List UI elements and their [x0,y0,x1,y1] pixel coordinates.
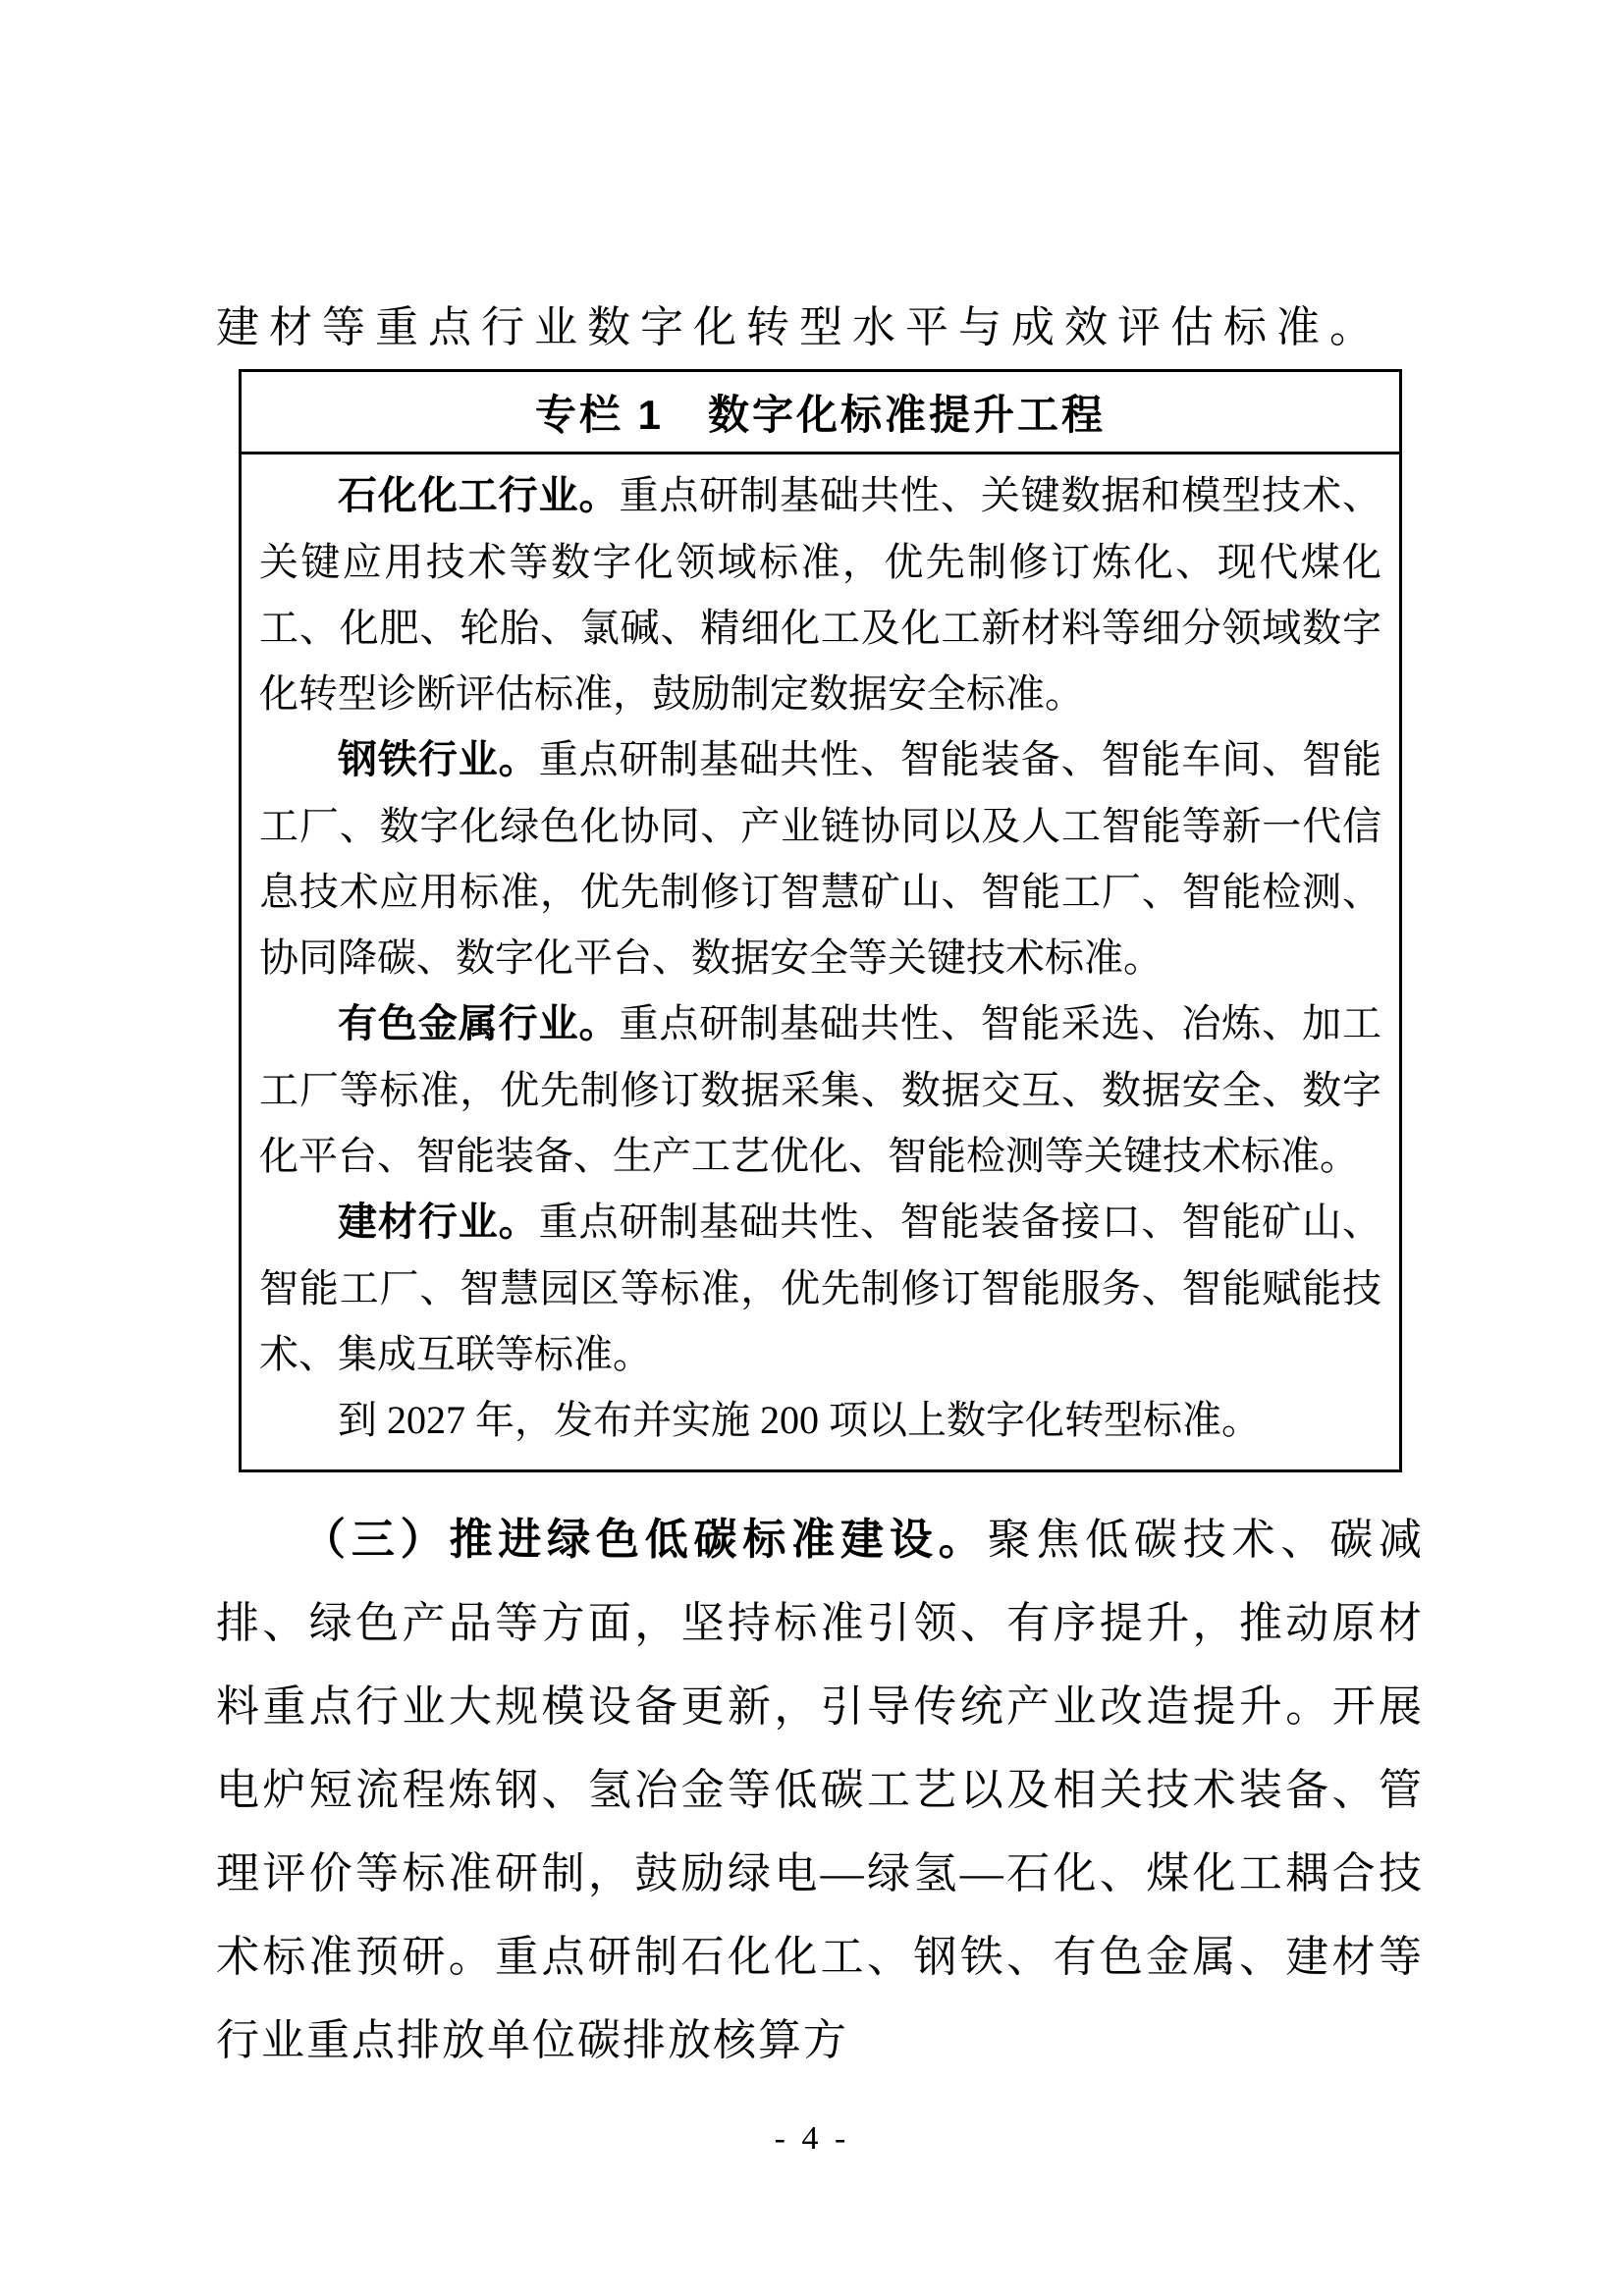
box-paragraph-petrochemical: 石化化工行业。重点研制基础共性、关键数据和模型技术、关键应用技术等数字化领域标准… [259,462,1381,726]
box-paragraph-goal-2027-text: 到 2027 年，发布并实施 200 项以上数字化转型标准。 [338,1398,1261,1442]
box-paragraph-steel-lead: 钢铁行业。 [338,738,539,781]
document-page: 建材等重点行业数字化转型水平与成效评估标准。 专栏 1 数字化标准提升工程 石化… [0,0,1624,2296]
section-heading-green-low-carbon: （三）推进绿色低碳标准建设。 [302,1516,987,1564]
box-paragraph-nonferrous: 有色金属行业。重点研制基础共性、智能采选、冶炼、加工工厂等标准，优先制修订数据采… [259,990,1381,1189]
box-paragraph-building-materials-lead: 建材行业。 [338,1201,539,1244]
feature-box-body: 石化化工行业。重点研制基础共性、关键数据和模型技术、关键应用技术等数字化领域标准… [242,454,1399,1469]
feature-box-title: 专栏 1 数字化标准提升工程 [242,372,1399,454]
box-paragraph-nonferrous-lead: 有色金属行业。 [338,1002,619,1045]
page-number: - 4 - [0,2120,1624,2158]
box-paragraph-petrochemical-lead: 石化化工行业。 [338,474,619,517]
section-text-green-low-carbon: 聚焦低碳技术、碳减排、绿色产品等方面，坚持标准引领、有序提升，推动原材料重点行业… [216,1516,1424,2064]
box-paragraph-building-materials: 建材行业。重点研制基础共性、智能装备接口、智能矿山、智能工厂、智慧园区等标准，优… [259,1189,1381,1387]
section-paragraph-green-low-carbon: （三）推进绿色低碳标准建设。聚焦低碳技术、碳减排、绿色产品等方面，坚持标准引领、… [216,1498,1424,2082]
intro-paragraph: 建材等重点行业数字化转型水平与成效评估标准。 [216,296,1424,359]
feature-box: 专栏 1 数字化标准提升工程 石化化工行业。重点研制基础共性、关键数据和模型技术… [239,369,1402,1472]
box-paragraph-steel: 钢铁行业。重点研制基础共性、智能装备、智能车间、智能工厂、数字化绿色化协同、产业… [259,726,1381,990]
box-paragraph-goal-2027: 到 2027 年，发布并实施 200 项以上数字化转型标准。 [259,1387,1381,1454]
